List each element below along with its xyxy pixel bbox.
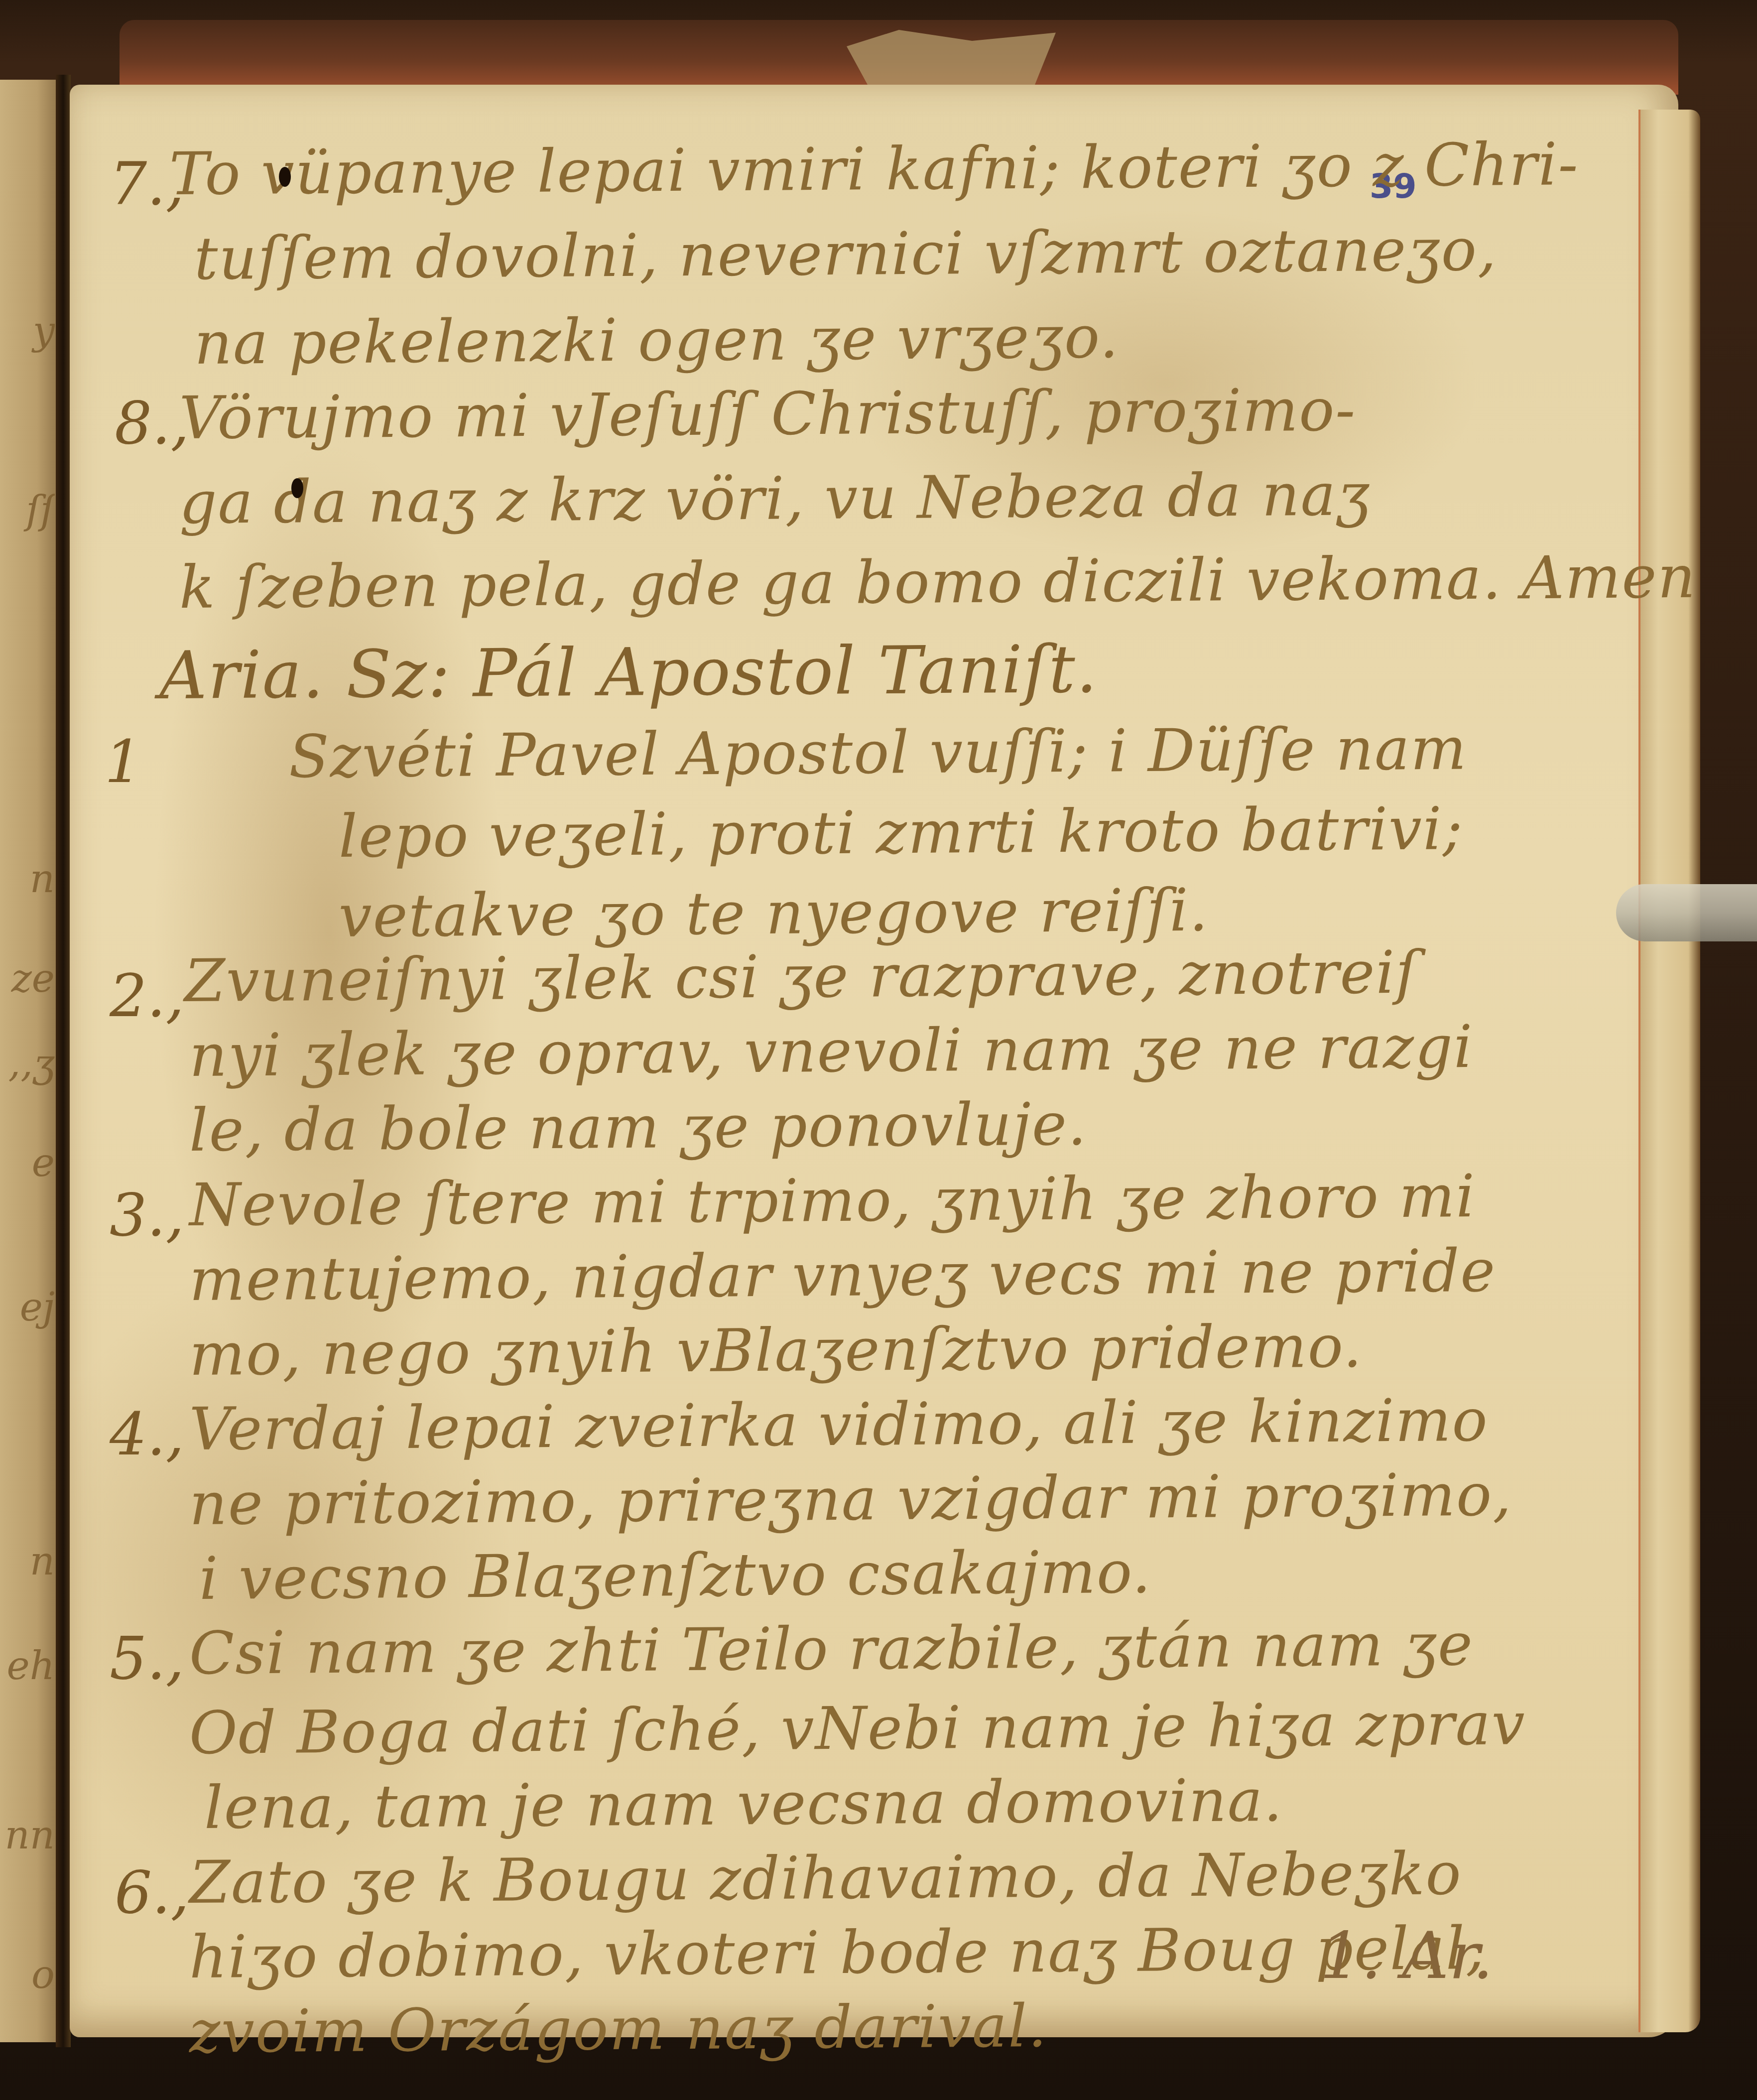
facing-fragment: n (0, 1539, 55, 1584)
verse-number: 4., (110, 1400, 184, 1468)
ink-blot (279, 167, 291, 187)
facing-fragment: ze (0, 956, 55, 1001)
text-line: tuſſem dovolni, nevernici vſzmrt oztaneʒ… (194, 215, 1498, 293)
text-line: ne pritozimo, prireʒna vzigdar mi proʒim… (189, 1460, 1512, 1538)
text-line: Zato ʒe k Bougu zdihavaimo, da Nebeʒko (189, 1839, 1462, 1917)
text-line: Nevole ſtere mi trpimo, ʒnyih ʒe zhoro m… (189, 1162, 1476, 1239)
facing-fragment: ej (0, 1285, 55, 1330)
manuscript-text: 7., To vüpanye lepai vmiri kafni; koteri… (70, 85, 1678, 2037)
text-line: k ſzeben pela, gde ga bomo diczili vekom… (179, 542, 1697, 622)
facing-fragment: e (0, 1141, 55, 1185)
facing-page: y ſſ n ze ʒ,, e ej n eh nn o (0, 80, 62, 2042)
text-line: le, da bole nam ʒe ponovluje. (189, 1089, 1088, 1165)
hymn-heading: Aria. Sz: Pál Apostol Taniſt. (159, 631, 1098, 714)
text-line: Zvuneiſnyi ʒlek csi ʒe razprave, znotrei… (184, 938, 1419, 1015)
verse-number: 8., (115, 389, 189, 457)
verse-number: 6., (115, 1858, 189, 1927)
text-line: lepo veʒeli, proti zmrti kroto batrivi; (339, 794, 1464, 871)
text-line: Vörujmo mi vJeſuſſ Christuſſ, proʒimo- (179, 376, 1357, 452)
text-line: hiʒo dobimo, vkoteri bode naʒ Boug pelal… (189, 1914, 1486, 1991)
facing-fragment: y (0, 309, 55, 354)
text-line: ga da naʒ z krz vöri, vu Nebeza da naʒ (179, 460, 1371, 537)
facing-fragment: n (0, 857, 55, 902)
text-line: mo, nego ʒnyih vBlaʒenſztvo pridemo. (189, 1312, 1363, 1389)
text-line: nyi ʒlek ʒe oprav, vnevoli nam ʒe ne raz… (189, 1012, 1474, 1090)
verse-number: 5., (110, 1624, 184, 1693)
facing-fragment: nn (0, 1813, 55, 1858)
facing-fragment: eh (0, 1644, 55, 1689)
ink-blot (291, 478, 303, 498)
verse-number: 2., (110, 961, 184, 1030)
verse-number: 1 (105, 727, 142, 796)
text-line: Szvéti Pavel Apostol vuſſi; i Düſſe nam (289, 714, 1468, 791)
facing-fragment: ſſ (0, 488, 55, 533)
text-line: na pekelenzki ogen ʒe vrʒeʒo. (194, 302, 1120, 378)
verse-number: 3., (110, 1181, 184, 1249)
book-gutter (56, 75, 71, 2047)
text-line: mentujemo, nigdar vnyeʒ vecs mi ne pride (189, 1236, 1497, 1314)
text-line: vetakve ʒo te nyegove reiſſi. (339, 876, 1209, 950)
catchword: 1. Ar. (1320, 1918, 1493, 1993)
text-line: lena, tam je nam vecsna domovina. (204, 1766, 1283, 1842)
text-line: i vecsno Blaʒenſztvo csakajmo. (199, 1538, 1152, 1613)
text-line: To vüpanye lepai vmiri kafni; koteri ʒo … (169, 130, 1579, 208)
cover-tear-patch (847, 30, 1056, 85)
text-line: Csi nam ʒe zhti Teilo razbile, ʒtán nam … (189, 1610, 1474, 1688)
text-line: zvoim Orzágom naʒ darival. (189, 1991, 1048, 2066)
text-line: Verdaj lepai zveirka vidimo, ali ʒe kinz… (189, 1386, 1489, 1463)
text-line: Od Boga dati ſché, vNebi nam je hiʒa zpr… (189, 1689, 1526, 1767)
facing-fragment: o (0, 1953, 55, 1997)
binding-clip (1616, 884, 1757, 941)
facing-fragment: ʒ,, (0, 1041, 55, 1086)
